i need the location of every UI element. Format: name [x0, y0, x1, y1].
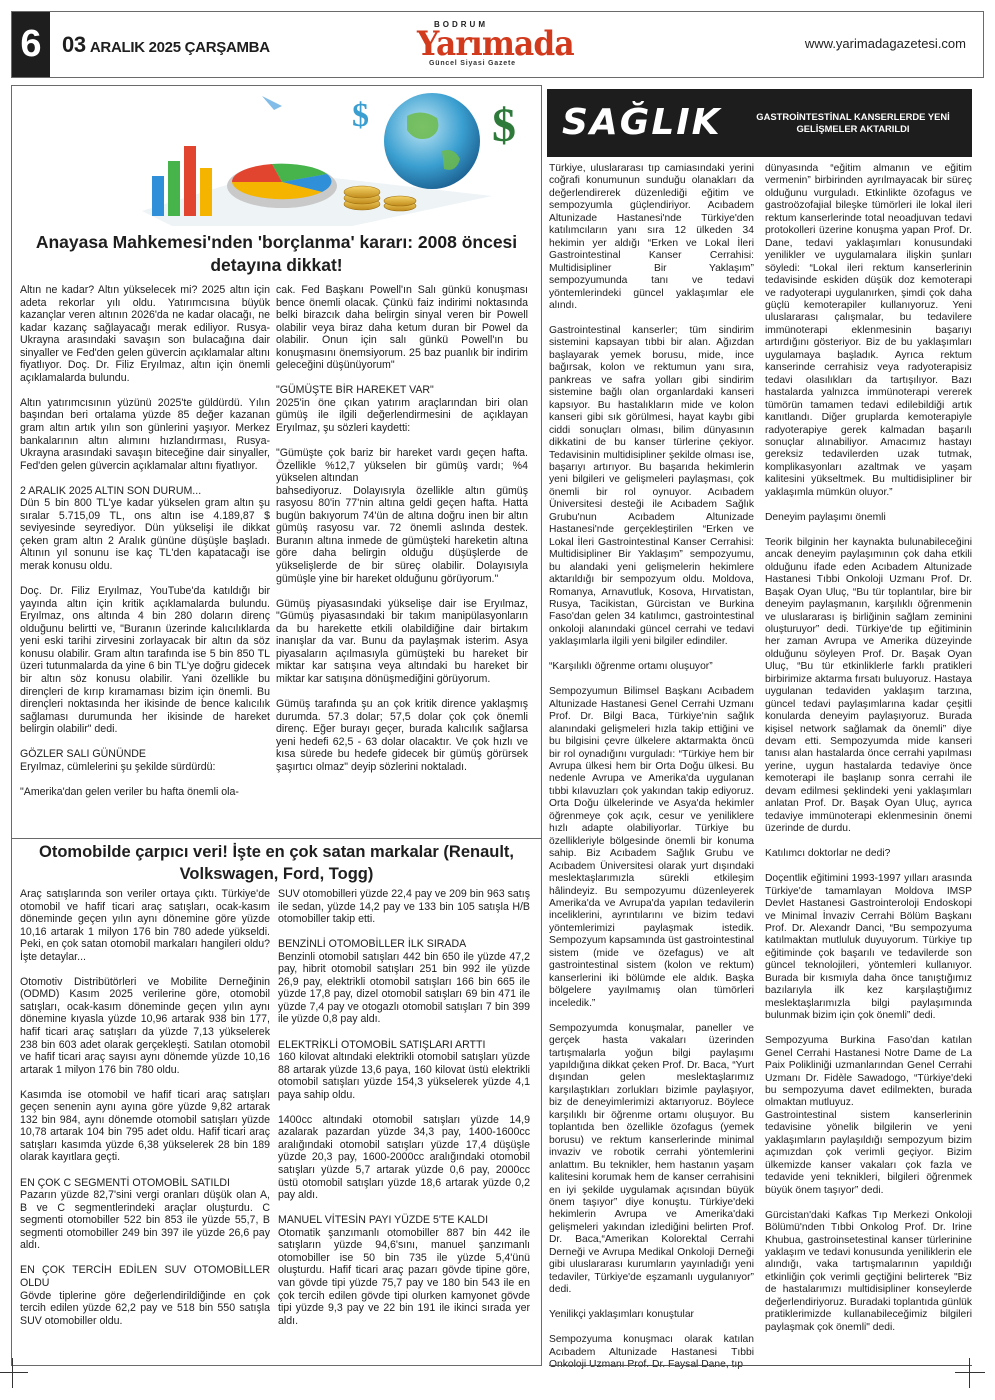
- paragraph-text: Sempozyumun Bilimsel Başkanı Acıbadem Al…: [549, 686, 754, 1008]
- paragraph-text: Gürcistan'daki Kafkas Tıp Merkezi Onkolo…: [765, 1210, 972, 1333]
- article2-column-1: Araç satışlarında son veriler ortaya çık…: [20, 888, 270, 1327]
- paragraph: Kasımda ise otomobil ve hafif ticari ara…: [20, 1089, 270, 1164]
- paragraph-text: Dün 5 bin 800 TL'ye kadar yükselen gram …: [20, 497, 270, 572]
- paragraph-text: SUV otomobilleri yüzde 22,4 pay ve 209 b…: [278, 888, 530, 925]
- logo-subtitle: Güncel Siyasi Gazete: [429, 60, 516, 67]
- paragraph: Sempozyumun Bilimsel Başkanı Acıbadem Al…: [549, 686, 754, 1010]
- subheading: GÖZLER SALI GÜNÜNDE: [20, 748, 146, 760]
- paragraph: ELEKTRİKLİ OTOMOBİL SATIŞLARI ARTTI160 k…: [278, 1039, 530, 1102]
- paragraph-text: Pazarın yüzde 82,7'sini vergi oranları d…: [20, 1189, 270, 1251]
- paragraph: Altın yatırımcısının yüzünü 2025'te güld…: [20, 397, 270, 472]
- subheading: "GÜMÜŞTE BİR HAREKET VAR": [276, 384, 434, 396]
- paragraph-text: 160 kilovat altındaki elektrikli otomobi…: [278, 1051, 530, 1101]
- paragraph-text: Gastrointestinal sistem kanserlerinin te…: [765, 1110, 972, 1196]
- article-otomobil: Otomobilde çarpıcı veri! İşte en çok sat…: [11, 838, 542, 1366]
- section-header-saglik: SAĞLIK GASTROİNTESTİNAL KANSERLERDE YENİ…: [547, 89, 972, 157]
- subheading: EN ÇOK TERCİH EDİLEN SUV OTOMOBİLLER OLD…: [20, 1264, 270, 1289]
- logo-main-text: Yarımada: [417, 24, 574, 64]
- paragraph: EN ÇOK TERCİH EDİLEN SUV OTOMOBİLLER OLD…: [20, 1264, 270, 1327]
- paragraph-text: Doç. Dr. Filiz Eryılmaz, YouTube'da katı…: [20, 585, 270, 735]
- article1-column-1: Altın ne kadar? Altın yükselecek mi? 202…: [20, 284, 270, 798]
- section-subtitle[interactable]: GASTROİNTESTİNAL KANSERLERDE YENİ GELİŞM…: [748, 111, 958, 135]
- paragraph: BENZİNLİ OTOMOBİLLER İLK SIRADABenzinli …: [278, 938, 530, 1026]
- paragraph-text: Deneyim paylaşımı önemli: [765, 512, 886, 523]
- finance-illustration: $ $: [22, 86, 532, 226]
- section-title: SAĞLIK: [562, 102, 722, 143]
- paragraph: SUV otomobilleri yüzde 22,4 pay ve 209 b…: [278, 888, 530, 926]
- paragraph: Teorik bilginin her kaynakta bulunabilec…: [765, 537, 972, 836]
- headline-borclanma[interactable]: Anayasa Mahkemesi'nden 'borçlanma' karar…: [24, 231, 529, 277]
- paragraph: Gastrointestinal kanserler; tüm sindirim…: [549, 325, 754, 649]
- newspaper-logo[interactable]: BODRUM Yarımada Güncel Siyasi Gazete: [417, 20, 517, 72]
- paragraph: 2 ARALIK 2025 ALTIN SON DURUM...Dün 5 bi…: [20, 485, 270, 573]
- subheading: EN ÇOK C SEGMENTİ OTOMOBİL SATILDI: [20, 1177, 230, 1189]
- masthead: 6 03ARALIK 2025 ÇARŞAMBA BODRUM Yarımada…: [11, 11, 984, 78]
- paragraph-text: Doçentlik eğitimini 1993-1997 yılları ar…: [765, 873, 972, 1021]
- paragraph: Türkiye, uluslararası tıp camiasındaki y…: [549, 163, 754, 312]
- website-link[interactable]: www.yarimadagazetesi.com: [805, 36, 966, 51]
- paragraph: Deneyim paylaşımı önemli: [765, 512, 972, 524]
- issue-date-rest: ARALIK 2025 ÇARŞAMBA: [90, 39, 270, 56]
- subheading: BENZİNLİ OTOMOBİLLER İLK SIRADA: [278, 938, 466, 950]
- page-number: 6: [12, 12, 50, 77]
- paragraph-text: Araç satışlarında son veriler ortaya çık…: [20, 888, 270, 963]
- paragraph-text: “Karşılıklı öğrenme ortamı oluşuyor”: [549, 661, 713, 672]
- paragraph: Altın ne kadar? Altın yükselecek mi? 202…: [20, 284, 270, 384]
- crop-mark-icon: [955, 1358, 985, 1388]
- paragraph-text: bahsediyoruz. Dolayısıyla özellikle altı…: [276, 485, 528, 585]
- paragraph: EN ÇOK C SEGMENTİ OTOMOBİL SATILDIPazarı…: [20, 1177, 270, 1252]
- paragraph: Doçentlik eğitimini 1993-1997 yılları ar…: [765, 873, 972, 1022]
- issue-date: 03ARALIK 2025 ÇARŞAMBA: [62, 32, 270, 58]
- paragraph-text: Türkiye, uluslararası tıp camiasındaki y…: [549, 163, 754, 311]
- paragraph-text: Gastrointestinal kanserler; tüm sindirim…: [549, 325, 754, 647]
- headline-otomobil[interactable]: Otomobilde çarpıcı veri! İşte en çok sat…: [24, 841, 529, 885]
- crop-mark-icon: [0, 1358, 28, 1388]
- paragraph-text: cak. Fed Başkanı Powell'ın Salı günkü ko…: [276, 284, 528, 371]
- article1-column-2: cak. Fed Başkanı Powell'ın Salı günkü ko…: [276, 284, 528, 773]
- health-section: SAĞLIK GASTROİNTESTİNAL KANSERLERDE YENİ…: [547, 85, 984, 1366]
- health-column-1: Türkiye, uluslararası tıp camiasındaki y…: [549, 163, 754, 1372]
- svg-text:$: $: [352, 97, 369, 134]
- paragraph-text: Katılımcı doktorlar ne dedi?: [765, 848, 890, 859]
- paragraph-text: Eryılmaz, cümlelerini şu şekilde sürdürd…: [20, 761, 215, 773]
- paragraph-text: Kasımda ise otomobil ve hafif ticari ara…: [20, 1089, 270, 1164]
- paragraph-text: 1400cc altındaki otomobil satışları yüzd…: [278, 1114, 530, 1201]
- paragraph: "Gümüşte çok bariz bir hareket vardı geç…: [276, 447, 528, 585]
- paragraph-text: Gümüş tarafında şu an çok kritik dirence…: [276, 698, 528, 773]
- subheading: MANUEL VİTESİN PAYI YÜZDE 5'TE KALDI: [278, 1214, 488, 1226]
- paragraph-text: Altın yatırımcısının yüzünü 2025'te güld…: [20, 397, 270, 472]
- subheading: "Gümüşte çok bariz bir hareket vardı geç…: [276, 447, 528, 484]
- paragraph-text: Altın ne kadar? Altın yükselecek mi? 202…: [20, 284, 270, 384]
- paragraph-text: "Amerika'dan gelen veriler bu hafta önem…: [20, 786, 239, 798]
- paragraph-text: Otomatik şanzımanlı otomobiller 887 bin …: [278, 1227, 530, 1327]
- paragraph: Gümüş piyasasındaki yükselişe dair ise E…: [276, 598, 528, 686]
- issue-day: 03: [62, 32, 86, 57]
- subheading: 2 ARALIK 2025 ALTIN SON DURUM...: [20, 485, 201, 497]
- article-borclanma: $ $ Anayasa Mahkemesi'nden 'borçlanma' k…: [11, 85, 542, 839]
- paragraph: Yenilikçi yaklaşımları konuştular: [549, 1309, 754, 1321]
- article2-column-2: SUV otomobilleri yüzde 22,4 pay ve 209 b…: [278, 888, 530, 1327]
- subheading: ELEKTRİKLİ OTOMOBİL SATIŞLARI ARTTI: [278, 1039, 485, 1051]
- paragraph: cak. Fed Başkanı Powell'ın Salı günkü ko…: [276, 284, 528, 372]
- paragraph-text: Gümüş piyasasındaki yükselişe dair ise E…: [276, 598, 528, 685]
- paragraph-text: dünyasında “eğitim almanın ve eğitim ver…: [765, 163, 972, 498]
- paragraph: Katılımcı doktorlar ne dedi?: [765, 848, 972, 860]
- paragraph: Sempozyumda konuşmalar, paneller ve gerç…: [549, 1023, 754, 1297]
- paragraph: Gümüş tarafında şu an çok kritik dirence…: [276, 698, 528, 773]
- paragraph: MANUEL VİTESİN PAYI YÜZDE 5'TE KALDIOtom…: [278, 1214, 530, 1327]
- paragraph: "GÜMÜŞTE BİR HAREKET VAR"2025'in öne çık…: [276, 384, 528, 434]
- paragraph: “Karşılıklı öğrenme ortamı oluşuyor”: [549, 661, 754, 673]
- paragraph: Doç. Dr. Filiz Eryılmaz, YouTube'da katı…: [20, 585, 270, 736]
- paragraph-text: Teorik bilginin her kaynakta bulunabilec…: [765, 537, 972, 834]
- paragraph-text: Gövde tiplerine göre değerlendirildiğind…: [20, 1290, 270, 1327]
- paragraph-text: Sempozyumda konuşmalar, paneller ve gerç…: [549, 1023, 754, 1296]
- paragraph-text: Otomotiv Distribütörleri ve Mobilite Der…: [20, 976, 270, 1076]
- paragraph: Otomotiv Distribütörleri ve Mobilite Der…: [20, 976, 270, 1076]
- paragraph: 1400cc altındaki otomobil satışları yüzd…: [278, 1114, 530, 1202]
- paragraph: GÖZLER SALI GÜNÜNDEEryılmaz, cümlelerini…: [20, 748, 270, 773]
- subheading: Sempozyuma Burkina Faso'dan katılan Gene…: [765, 1035, 972, 1108]
- svg-text:$: $: [492, 99, 516, 152]
- paragraph: Sempozyuma Burkina Faso'dan katılan Gene…: [765, 1035, 972, 1197]
- health-column-2: dünyasında “eğitim almanın ve eğitim ver…: [765, 163, 972, 1334]
- paragraph: Gürcistan'daki Kafkas Tıp Merkezi Onkolo…: [765, 1210, 972, 1335]
- paragraph: "Amerika'dan gelen veriler bu hafta önem…: [20, 786, 270, 799]
- paragraph: Araç satışlarında son veriler ortaya çık…: [20, 888, 270, 963]
- section-divider: [549, 1365, 972, 1366]
- paragraph: dünyasında “eğitim almanın ve eğitim ver…: [765, 163, 972, 499]
- paragraph-text: 2025'in öne çıkan yatırım araçlarından b…: [276, 397, 528, 434]
- finance-graphic-icon: $ $: [22, 86, 532, 226]
- paragraph-text: Benzinli otomobil satışları 442 bin 650 …: [278, 951, 530, 1026]
- paragraph-text: Yenilikçi yaklaşımları konuştular: [549, 1309, 694, 1320]
